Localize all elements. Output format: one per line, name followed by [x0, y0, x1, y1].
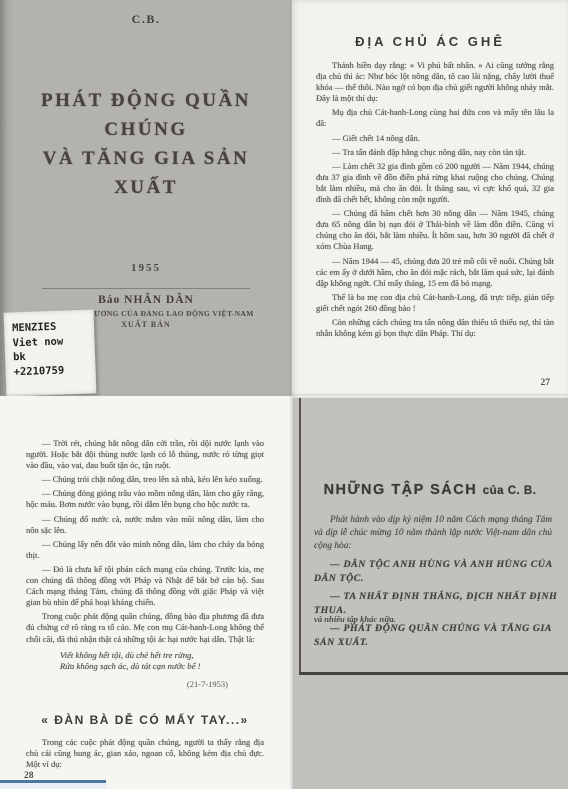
bullet-paragraph: — Chúng đã hãm chết hơn 30 nông dân — Nă… [316, 208, 554, 252]
scan-seam-horizontal [0, 394, 568, 397]
window-edge-strip [0, 780, 106, 789]
cover-title-line1: PHÁT ĐỘNG QUẦN CHÚNG [10, 86, 282, 144]
cover-title: PHÁT ĐỘNG QUẦN CHÚNG VÀ TĂNG GIA SẢN XUẤ… [10, 86, 282, 202]
bullet-paragraph: — Chúng lấy nến đốt vào mình nông dân, l… [26, 539, 264, 561]
paragraph: Còn những cách chúng tra tấn nông dân th… [316, 317, 554, 339]
library-stamp: MENZIES Viet now bk +2210759 [4, 309, 97, 396]
book-item: — PHÁT ĐỘNG QUẦN CHÚNG VÀ TĂNG GIA SẢN X… [314, 622, 558, 649]
frame-border-left [299, 398, 301, 674]
paragraph: Trong các cuộc phát động quần chúng, ngư… [26, 737, 264, 770]
book-item: — TA NHẤT ĐỊNH THẮNG, ĐỊCH NHẤT ĐỊNH THU… [314, 590, 558, 617]
book-item: — DÂN TỘC ANH HÙNG VÀ ANH HÙNG CỦA DÂN T… [314, 558, 558, 585]
booklist-title-author: của C. B. [483, 485, 537, 497]
page-27-body: Thánh hiền dạy rằng: « Vi phú bất nhân. … [316, 60, 554, 372]
scanned-book-spread: C.B. PHÁT ĐỘNG QUẦN CHÚNG VÀ TĂNG GIA SẢ… [0, 0, 568, 789]
page-28: — Trời rét, chúng bắt nông dân cởi trần,… [0, 396, 292, 789]
page-number: 27 [541, 378, 551, 388]
verse-line: Rửa không sạch ác, dù tát cạn nước bể ! [60, 661, 264, 673]
bullet-paragraph: — Đó là chưa kể tội phản cách mạng của c… [26, 564, 264, 608]
bullet-paragraph: — Giết chết 14 nông dân. [316, 133, 554, 144]
booklist-title: NHỮNG TẬP SÁCH của C. B. [292, 482, 568, 498]
next-article-title: « ĐÀN BÀ DỄ CÓ MẤY TAY...» [26, 713, 264, 727]
booklist: — DÂN TỘC ANH HÙNG VÀ ANH HÙNG CỦA DÂN T… [314, 558, 558, 654]
booklist-intro: Phát hành vào dịp kỷ niệm 10 năm Cách mạ… [314, 514, 552, 552]
verse: Viết không hết tội, dù chẻ hết tre rừng,… [60, 650, 264, 673]
paragraph: Thế là ba mẹ con địa chủ Cát-hanh-Long, … [316, 292, 554, 314]
cover-page: C.B. PHÁT ĐỘNG QUẦN CHÚNG VÀ TĂNG GIA SẢ… [0, 0, 292, 396]
bullet-paragraph: — Tra tấn đánh đập hằng chục nông dân, n… [316, 147, 554, 158]
page-28-body: — Trời rét, chúng bắt nông dân cởi trần,… [26, 438, 264, 773]
cover-year: 1955 [0, 262, 292, 274]
cover-author: C.B. [0, 12, 292, 27]
article-date: (21-7-1953) [26, 679, 228, 689]
bullet-paragraph: — Trời rét, chúng bắt nông dân cởi trần,… [26, 438, 264, 471]
bullet-paragraph: — Làm chết 32 gia đình gồm có 200 người … [316, 161, 554, 205]
back-page: NHỮNG TẬP SÁCH của C. B. Phát hành vào d… [292, 398, 568, 789]
bullet-paragraph: — Chúng đổ nước cà, nước mắm vào mũi nôn… [26, 514, 264, 536]
paragraph: Mụ địa chủ Cát-hanh-Long cùng hai đứa co… [316, 107, 554, 129]
paragraph: Thánh hiền dạy rằng: « Vi phú bất nhân. … [316, 60, 554, 104]
paragraph: Trong cuộc phát động quần chúng, đồng bà… [26, 611, 264, 644]
verse-line: Viết không hết tội, dù chẻ hết tre rừng, [60, 650, 264, 662]
booklist-title-main: NHỮNG TẬP SÁCH [324, 482, 478, 498]
stamp-line: +2210759 [13, 362, 95, 379]
article-title: ĐỊA CHỦ ÁC GHÊ [292, 34, 568, 49]
bullet-paragraph: — Chúng đóng gióng trâu vào mồm nông dân… [26, 488, 264, 510]
publisher-name: Báo NHÂN DÂN [0, 294, 292, 306]
frame-border-bottom [299, 672, 568, 675]
bullet-paragraph: — Năm 1944 — 45, chúng đưa 20 trẻ mồ côi… [316, 256, 554, 289]
page-27: ĐỊA CHỦ ÁC GHÊ Thánh hiền dạy rằng: « Vi… [292, 0, 568, 398]
bullet-paragraph: — Chúng trói chặt nông dân, treo lên xà … [26, 474, 264, 485]
cover-title-line2: VÀ TĂNG GIA SẢN XUẤT [10, 144, 282, 202]
booklist-outro: và nhiều tập khác nữa. [314, 614, 552, 624]
cover-divider [42, 288, 250, 289]
